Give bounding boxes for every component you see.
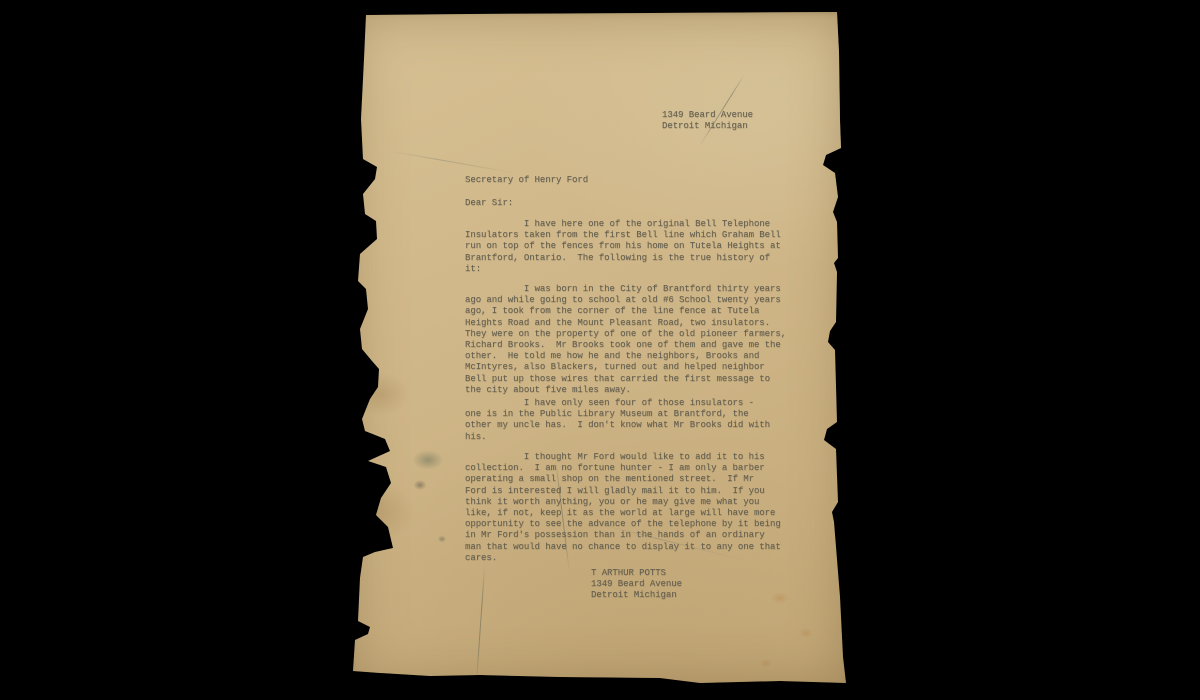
letter-paragraph-1: I have here one of the original Bell Tel…: [465, 219, 781, 275]
letter-paragraph-4: I thought Mr Ford would like to add it t…: [465, 452, 781, 564]
paper-crease: [391, 151, 519, 175]
recipient-line: Secretary of Henry Ford: [465, 175, 588, 186]
letter-paragraph-2: I was born in the City of Brantford thir…: [465, 284, 786, 396]
paper-crease: [476, 564, 486, 686]
signature-block: T ARTHUR POTTS 1349 Beard Avenue Detroit…: [591, 568, 682, 602]
return-address: 1349 Beard Avenue Detroit Michigan: [662, 110, 753, 132]
letter-paragraph-3: I have only seen four of those insulator…: [465, 398, 770, 443]
salutation-line: Dear Sir:: [465, 198, 513, 209]
scan-background: 1349 Beard Avenue Detroit Michigan Secre…: [0, 0, 1200, 700]
letter-paper: 1349 Beard Avenue Detroit Michigan Secre…: [350, 12, 848, 688]
